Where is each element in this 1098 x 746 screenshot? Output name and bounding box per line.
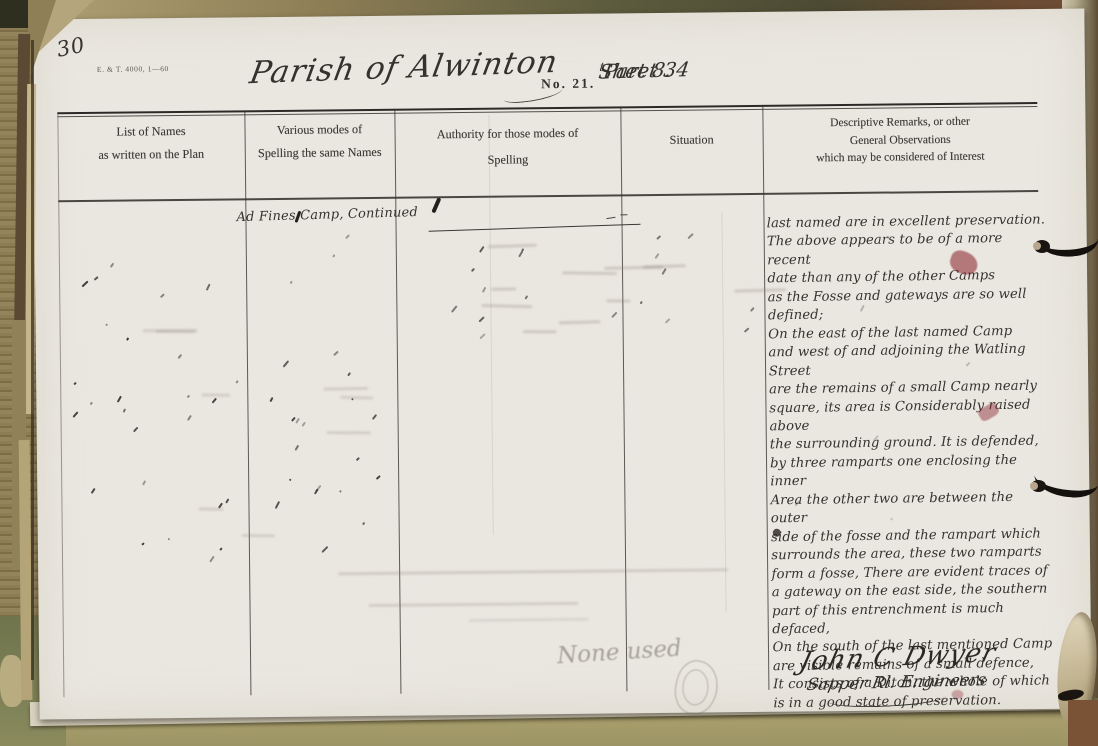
ink-speck [199,507,224,510]
binding-cord-bead [1033,242,1041,250]
ink-speck [314,488,319,494]
ink-speck [82,281,89,288]
ink-speck [333,351,339,357]
ink-speck [93,276,98,281]
ink-speck [209,556,214,563]
ink-speck [523,330,557,333]
ink-speck [143,328,198,331]
ink-speck [612,312,618,318]
ink-speck [860,305,865,312]
ink-speck [734,288,786,292]
ink-speck [607,300,631,303]
ink-speck [654,253,659,259]
table-wood-bottom-right [1068,700,1098,746]
ink-speck [282,360,289,367]
ink-speck [687,233,693,239]
ink-speck [110,263,115,269]
ink-speck [225,498,229,503]
ink-speck [206,284,211,291]
ink-speck [965,362,970,367]
scanned-name-book-photo: 30 E. & T. 4000, 1—60 Parish of Alwinton… [0,0,1098,746]
ink-speck [301,421,306,427]
ink-speck [873,435,879,442]
ink-speck [295,418,300,424]
ink-speck [890,517,893,520]
ink-speck [275,501,280,509]
binding-seam [31,40,34,680]
ink-speck [656,235,661,240]
ink-speck [339,490,342,493]
ink-speck [242,534,275,537]
ink-speck [269,397,273,403]
ink-speck [290,280,294,284]
ink-speck [491,287,516,290]
ink-speck [347,372,351,376]
ink-speck [478,316,485,322]
ink-speck [187,415,192,421]
ink-speck [479,246,485,253]
ink-speck [219,548,223,552]
ink-speck [562,271,617,274]
ink-speck [123,408,126,412]
ink-speck [187,395,191,399]
ink-speck [524,295,528,300]
ink-speck [640,301,643,304]
ink-speck [323,387,368,390]
ink-speck [141,542,145,546]
ink-speck [345,234,350,239]
ink-speck [376,475,381,480]
ink-speck [236,380,239,383]
name-book-page: 30 E. & T. 4000, 1—60 Parish of Alwinton… [32,9,1091,720]
ink-speck [167,538,170,541]
ink-speck [452,305,458,312]
ink-speck [482,304,533,308]
ink-speck [126,337,129,340]
ink-speck [72,412,78,419]
ink-speck [116,395,121,402]
ink-speck [294,445,299,451]
ink-speck [212,398,217,404]
ink-speck [750,307,755,312]
ink-speck [664,318,670,324]
binding-cord-bead [1030,482,1038,490]
ink-speck [160,293,165,298]
ink-speck [327,431,371,434]
ink-speck [482,287,486,293]
ink-speck [559,320,601,324]
ink-speck [202,394,231,397]
ink-speck [340,396,373,399]
ink-speck [288,478,291,481]
ink-speck [142,480,146,485]
ink-speck [903,330,906,334]
ink-speck [74,381,77,384]
ink-speck [321,546,328,553]
ink-speck [795,500,801,507]
ink-speck [91,488,96,494]
ink-speck [480,333,486,339]
ink-speck [133,427,139,433]
ink-speck [90,402,93,405]
ink-speck [471,268,475,272]
ink-speck [661,268,666,275]
ink-speck [332,254,335,257]
ink-speck [177,354,182,359]
ink-speck [105,323,108,326]
ink-speck [362,521,365,525]
ink-speckle-layer [32,9,1091,720]
ink-speck [372,414,377,420]
ink-speck [743,327,749,332]
ink-speck [488,243,537,247]
ink-speck [356,457,360,461]
